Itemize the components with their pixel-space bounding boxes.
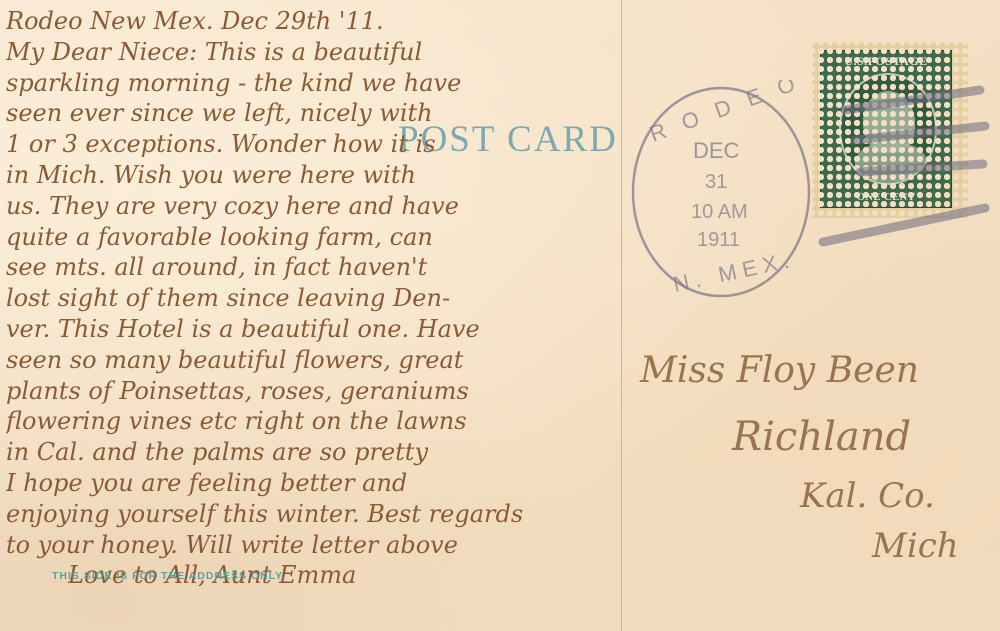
message-line: seen ever since we left, nicely with xyxy=(6,98,626,129)
postmark-circle-icon: RODEO DEC 31 10 AM 1911 N. MEX. xyxy=(625,80,813,310)
message-line: I hope you are feeling better and xyxy=(6,468,626,499)
address-notice: THIS SIDE IS FOR THE ADDRESS ONLY. xyxy=(52,570,286,582)
address-county: Kal. Co. xyxy=(800,476,935,516)
handwritten-message: Rodeo New Mex. Dec 29th '11. My Dear Nie… xyxy=(6,6,626,591)
message-line: to your honey. Will write letter above xyxy=(6,530,626,561)
postmark-town: RODEO xyxy=(646,80,813,147)
postcard-back: POST CARD Rodeo New Mex. Dec 29th '11. M… xyxy=(0,0,1000,631)
message-line: ver. This Hotel is a beautiful one. Have xyxy=(6,314,626,345)
postmark-time: 10 AM xyxy=(691,201,748,223)
postmark-state: N. MEX. xyxy=(671,247,797,297)
cancellation-lines-icon xyxy=(815,60,1000,250)
message-line: enjoying yourself this winter. Best rega… xyxy=(6,499,626,530)
message-line: sparkling morning - the kind we have xyxy=(6,68,626,99)
message-line: see mts. all around, in fact haven't xyxy=(6,252,626,283)
postmark: RODEO DEC 31 10 AM 1911 N. MEX. xyxy=(625,80,813,310)
address-state: Mich xyxy=(872,526,959,566)
postmark-day: 31 xyxy=(705,171,727,193)
message-line: 1 or 3 exceptions. Wonder how it is xyxy=(6,129,626,160)
recipient-name: Miss Floy Been xyxy=(640,350,919,391)
message-line: quite a favorable looking farm, can xyxy=(6,222,626,253)
message-line: seen so many beautiful flowers, great xyxy=(6,345,626,376)
message-line: in Mich. Wish you were here with xyxy=(6,160,626,191)
address-city: Richland xyxy=(732,414,911,460)
message-line: flowering vines etc right on the lawns xyxy=(6,406,626,437)
message-line: plants of Poinsettas, roses, geraniums xyxy=(6,376,626,407)
message-line: in Cal. and the palms are so pretty xyxy=(6,437,626,468)
message-line: Rodeo New Mex. Dec 29th '11. xyxy=(6,6,626,37)
message-line: My Dear Niece: This is a beautiful xyxy=(6,37,626,68)
postmark-year: 1911 xyxy=(697,229,740,251)
postmark-month: DEC xyxy=(693,138,740,163)
message-line: lost sight of them since leaving Den- xyxy=(6,283,626,314)
message-line: us. They are very cozy here and have xyxy=(6,191,626,222)
